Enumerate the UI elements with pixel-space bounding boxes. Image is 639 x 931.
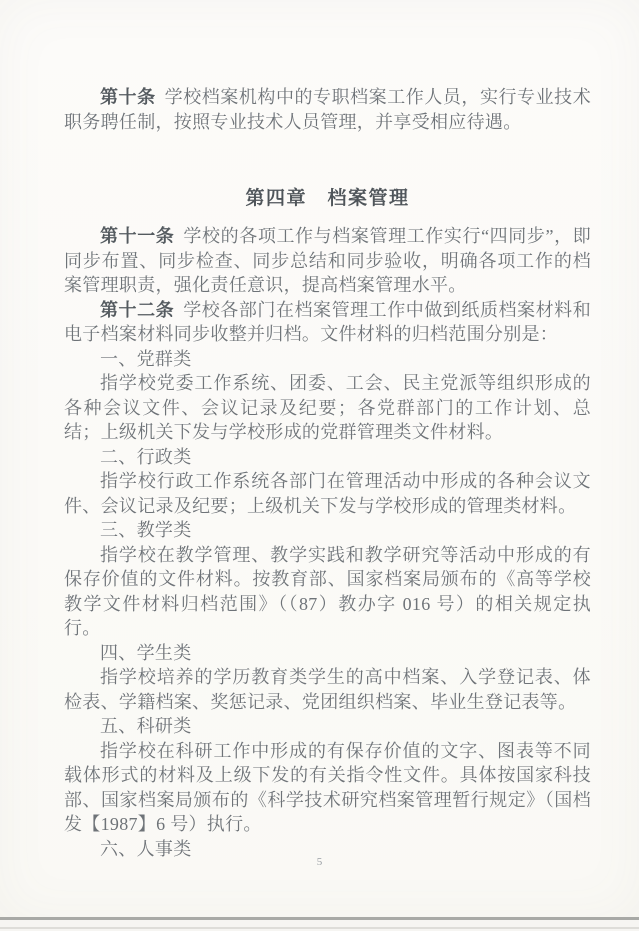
category-label: 二、行政类 (64, 445, 591, 470)
body-paragraph: 指学校党委工作系统、团委、工会、民主党派等组织形成的各种会议文件、会议记录及纪要… (64, 371, 591, 445)
category-label: 四、学生类 (64, 641, 591, 666)
article-number: 第十一条 (100, 226, 174, 246)
body-paragraph: 第十二条学校各部门在档案管理工作中做到纸质档案材料和电子档案材料同步收整并归档。… (64, 298, 591, 347)
category-label: 五、科研类 (64, 714, 591, 739)
article-number: 第十条 (100, 87, 156, 107)
document-body: 第十条学校档案机构中的专职档案工作人员，实行专业技术职务聘任制，按照专业技术人员… (64, 0, 591, 861)
scanned-page: 第十条学校档案机构中的专职档案工作人员，实行专业技术职务聘任制，按照专业技术人员… (0, 0, 639, 918)
category-label: 一、党群类 (64, 347, 591, 372)
body-paragraph: 指学校培养的学历教育类学生的高中档案、入学登记表、体检表、学籍档案、奖惩记录、党… (64, 665, 591, 714)
body-paragraph: 指学校在科研工作中形成的有保存价值的文字、图表等不同载体形式的材料及上级下发的有… (64, 739, 591, 837)
article-number: 第十二条 (100, 300, 174, 320)
category-label: 三、教学类 (64, 518, 591, 543)
body-paragraph: 第十条学校档案机构中的专职档案工作人员，实行专业技术职务聘任制，按照专业技术人员… (64, 85, 591, 134)
body-paragraph: 第十一条学校的各项工作与档案管理工作实行“四同步”，即同步布置、同步检查、同步总… (64, 224, 591, 298)
chapter-heading: 第四章 档案管理 (64, 186, 591, 212)
scanner-background-strip (0, 920, 639, 931)
body-paragraph: 指学校行政工作系统各部门在管理活动中形成的各种会议文件、会议记录及纪要；上级机关… (64, 469, 591, 518)
body-paragraph: 指学校在教学管理、教学实践和教学研究等活动中形成的有保存价值的文件材料。按教育部… (64, 543, 591, 641)
page-number: 5 (0, 855, 639, 869)
